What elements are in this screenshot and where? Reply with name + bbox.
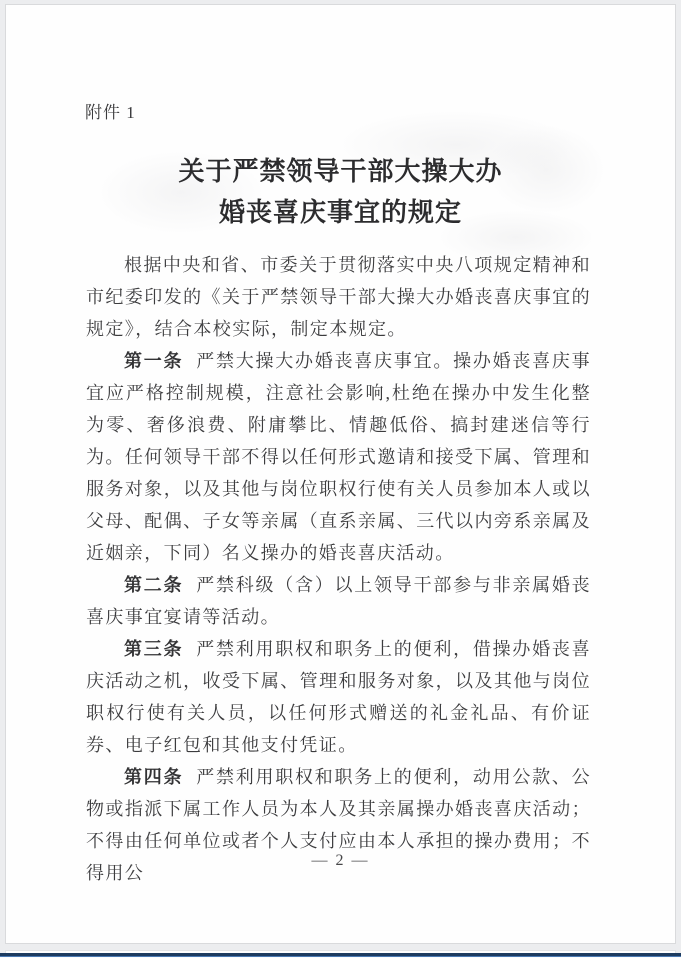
article-1-text: 严禁大操大办婚丧喜庆事宜。操办婚丧喜庆事宜应严格控制规模，注意社会影响,杜绝在操…: [86, 351, 591, 563]
title-line-2: 婚丧喜庆事宜的规定: [6, 192, 675, 233]
title-line-1: 关于严禁领导干部大操大办: [6, 151, 675, 192]
attachment-label: 附件 1: [85, 102, 136, 124]
document-title: 关于严禁领导干部大操大办 婚丧喜庆事宜的规定: [6, 151, 675, 233]
article-paragraph-2: 第二条严禁科级（含）以上领导干部参与非亲属婚丧喜庆事宜宴请等活动。: [86, 569, 591, 633]
scanned-document-viewport: 附件 1 关于严禁领导干部大操大办 婚丧喜庆事宜的规定 根据中央和省、市委关于贯…: [0, 0, 681, 958]
article-1-label: 第一条: [124, 351, 183, 371]
article-2-label: 第二条: [124, 575, 183, 595]
article-3-label: 第三条: [124, 639, 183, 659]
document-body: 根据中央和省、市委关于贯彻落实中央八项规定精神和市纪委印发的《关于严禁领导干部大…: [86, 249, 591, 889]
intro-paragraph: 根据中央和省、市委关于贯彻落实中央八项规定精神和市纪委印发的《关于严禁领导干部大…: [86, 249, 591, 345]
article-paragraph-3: 第三条严禁利用职权和职务上的便利，借操办婚丧喜庆活动之机，收受下属、管理和服务对…: [86, 633, 591, 761]
article-paragraph-1: 第一条严禁大操大办婚丧喜庆事宜。操办婚丧喜庆事宜应严格控制规模，注意社会影响,杜…: [86, 345, 591, 569]
page-number: — 2 —: [6, 851, 675, 871]
document-page: 附件 1 关于严禁领导干部大操大办 婚丧喜庆事宜的规定 根据中央和省、市委关于贯…: [5, 4, 676, 944]
article-4-label: 第四条: [124, 767, 183, 787]
